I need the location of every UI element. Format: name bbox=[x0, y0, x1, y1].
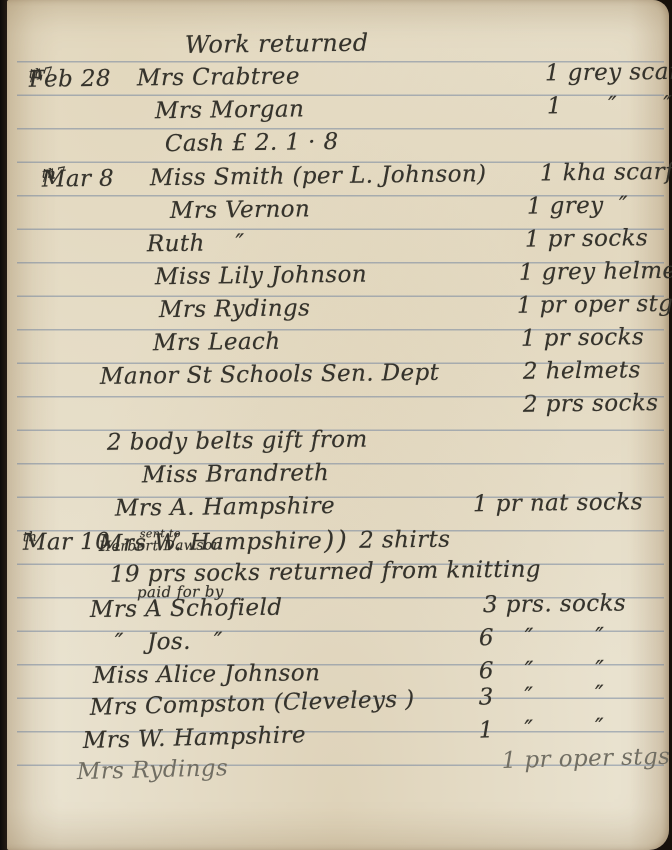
entry-quantity: 1 grey helmet bbox=[519, 258, 672, 286]
entry-quantity: 3 ″ ″ bbox=[478, 681, 604, 710]
entry-name: Miss Smith (per L. Johnson) bbox=[150, 161, 487, 191]
entry-name: Mrs Rydings bbox=[77, 755, 229, 785]
entry-quantity: 3 prs. socks bbox=[483, 590, 626, 618]
entry-quantity: 1 pr nat socks bbox=[473, 489, 643, 517]
entry-name: ″ Jos. ″ bbox=[115, 628, 223, 655]
entry-name: Mrs W. Hampshire bbox=[83, 722, 307, 754]
entry-quantity: 6 ″ ″ bbox=[479, 657, 605, 685]
note-line: Miss Brandreth bbox=[142, 460, 330, 488]
entry-name: Mrs A Schofield bbox=[90, 595, 283, 623]
entry-quantity: 1 grey scarf bbox=[545, 59, 672, 87]
entry-name: Ruth ″ bbox=[147, 230, 245, 257]
entry-name: Mrs Rydings bbox=[159, 295, 311, 323]
entry-quantity: 1 pr socks bbox=[521, 324, 645, 352]
entry-quantity: 1 pr oper stgs bbox=[501, 744, 670, 774]
annotation-sent-to: sent toHerbert Dawson bbox=[99, 527, 222, 554]
entry-inline-content: Mrs W. Hampshire)sent toHerbert Dawson)2… bbox=[99, 525, 451, 559]
entry-name: Miss Lily Johnson bbox=[155, 262, 367, 291]
entry-date: Feb 28th/17 bbox=[29, 67, 44, 93]
entry-name: Miss Alice Johnson bbox=[93, 660, 321, 689]
notebook-page: Work returned Feb 28th/17 Mrs Crabtree 1… bbox=[7, 0, 669, 850]
entry-name: Mrs Vernon bbox=[170, 196, 311, 224]
binding-edge bbox=[0, 0, 7, 850]
entry-name: Mrs Morgan bbox=[155, 96, 305, 124]
entry-quantity: 1 pr socks bbox=[525, 225, 649, 253]
entry-name: Mrs A. Hampshire bbox=[115, 493, 335, 522]
entry-name: Mrs Leach bbox=[153, 329, 281, 357]
entry-quantity: 2 prs socks bbox=[523, 390, 659, 418]
brace: ) bbox=[324, 526, 335, 556]
entry-date: Mar 8th/17 bbox=[42, 166, 57, 192]
entry-date: Mar 10th bbox=[23, 530, 38, 556]
entry-name: Mrs Crabtree bbox=[137, 63, 300, 91]
entry-quantity: 2 helmets bbox=[523, 357, 641, 384]
entry-quantity: 1 pr oper stgs bbox=[517, 291, 672, 319]
entry-quantity: 1 grey ″ bbox=[527, 192, 628, 219]
note-line: 2 body belts gift from bbox=[107, 427, 368, 456]
entry-quantity: 1 ″ ″ bbox=[478, 714, 604, 743]
entry-name: Cash £ 2. 1 · 8 bbox=[165, 129, 339, 157]
entry-quantity: 2 shirts bbox=[349, 527, 450, 554]
brace: ) bbox=[336, 526, 347, 556]
entry-name: Manor St Schools Sen. Dept bbox=[100, 360, 440, 390]
entry-quantity: 1 ″ ″ bbox=[547, 92, 672, 120]
entry-quantity: 1 kha scarf bbox=[540, 159, 672, 187]
entry-quantity: 6 ″ ″ bbox=[479, 624, 605, 652]
page-title: Work returned bbox=[185, 29, 369, 59]
